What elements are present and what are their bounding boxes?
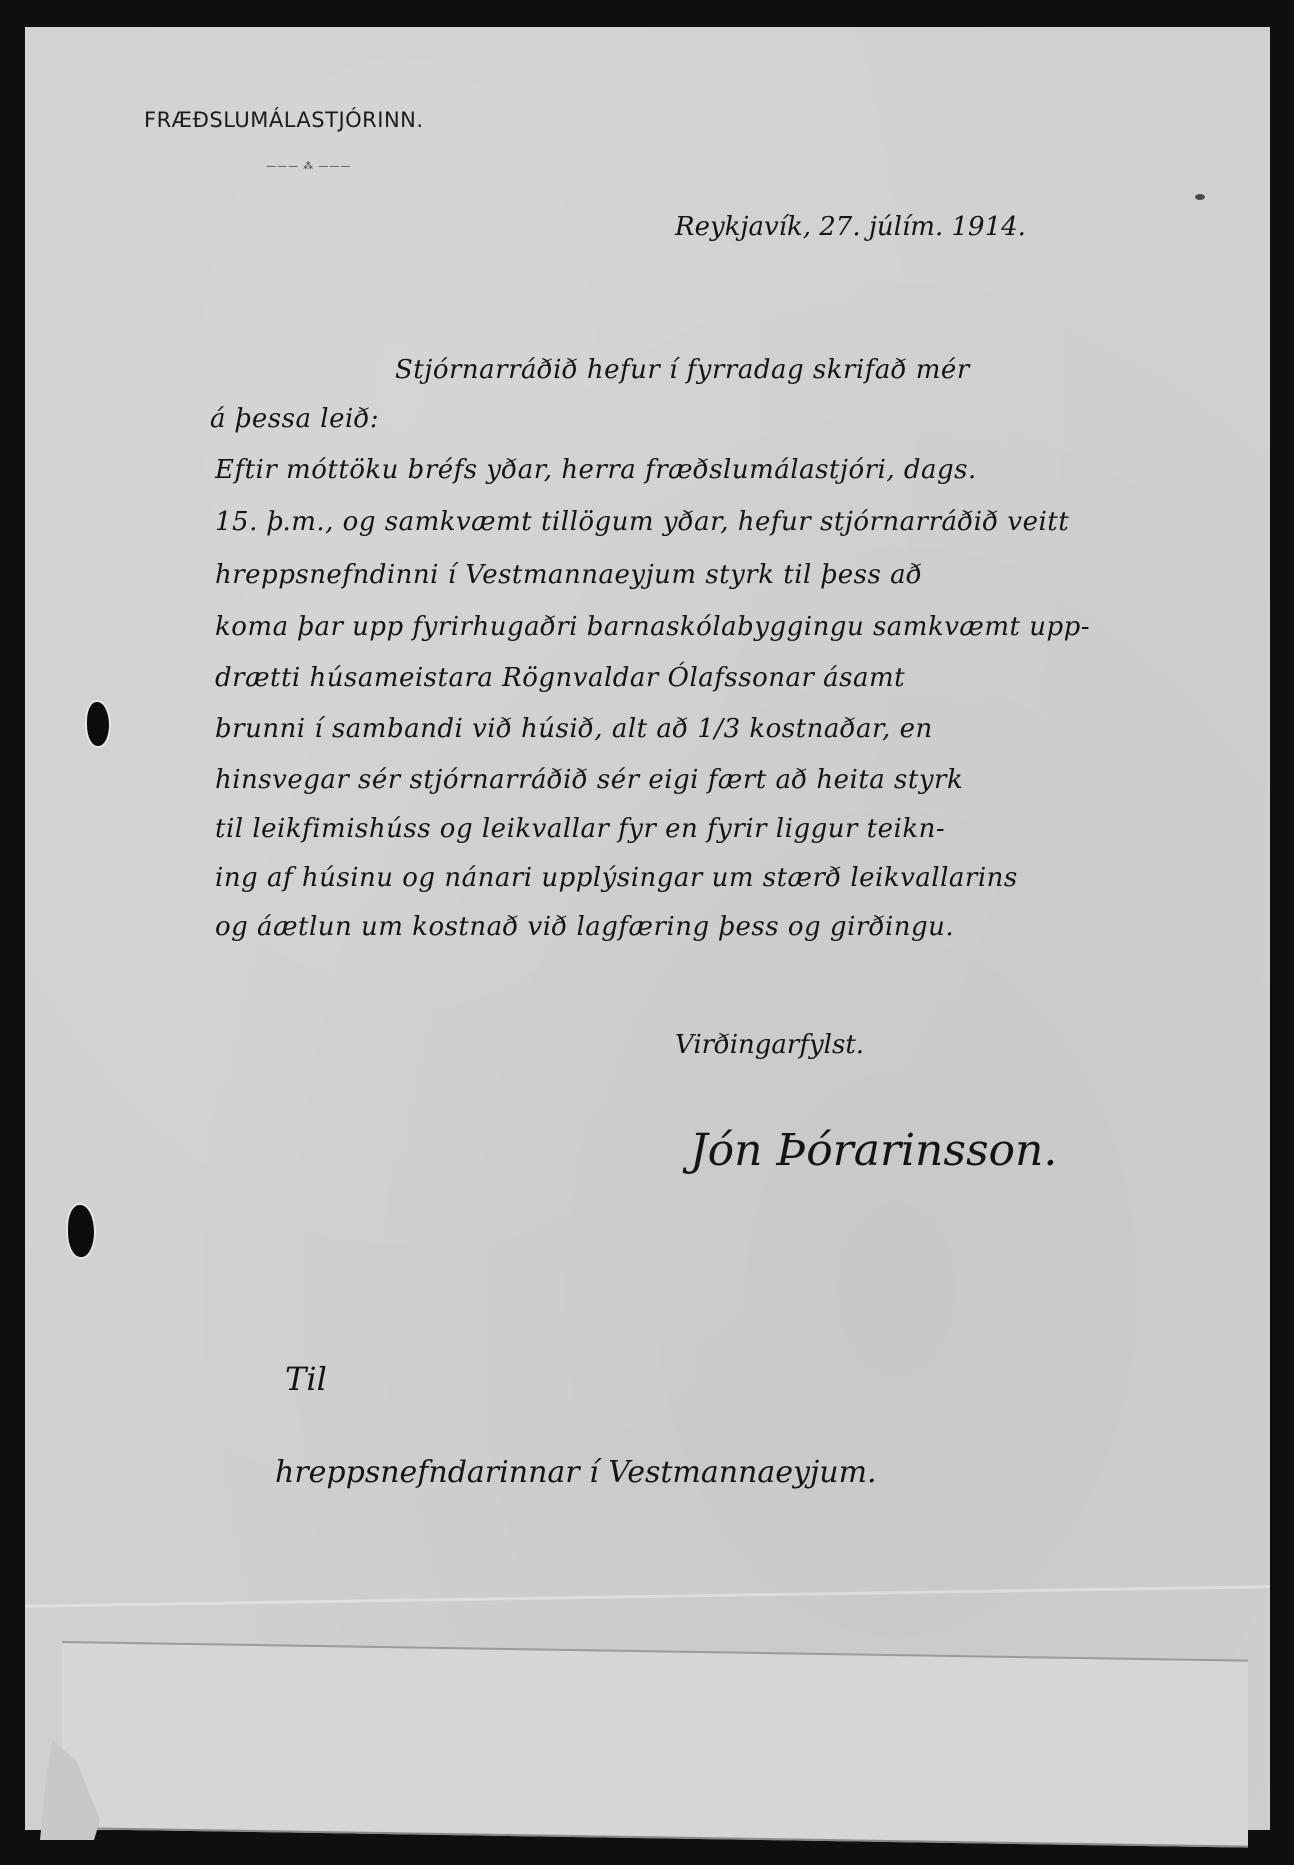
letterhead-title: FRÆÐSLUMÁLASTJÓRINN. <box>144 108 424 132</box>
body-line: á þessa leið: <box>210 404 379 434</box>
punch-hole-icon <box>68 1205 94 1257</box>
body-line: hreppsnefndinni í Vestmannaeyjum styrk t… <box>215 560 922 590</box>
body-line: hinsvegar sér stjórnarráðið sér eigi fær… <box>215 765 963 795</box>
closing-salutation: Virðingarfylst. <box>675 1030 864 1060</box>
date-line: Reykjavík, 27. júlím. 1914. <box>675 212 1026 242</box>
signature: Jón Þórarinsson. <box>690 1125 1057 1176</box>
address-recipient: hreppsnefndarinnar í Vestmannaeyjum. <box>275 1455 877 1490</box>
punch-hole-icon <box>87 702 109 746</box>
body-line: koma þar upp fyrirhugaðri barnaskólabygg… <box>215 612 1090 642</box>
body-line: Stjórnarráðið hefur í fyrradag skrifað m… <box>395 355 970 385</box>
body-line: til leikfimishúss og leikvallar fyr en f… <box>215 814 945 844</box>
letterhead-ornament: ——— ⁂ ——— <box>266 161 351 172</box>
address-to: Til <box>285 1360 327 1398</box>
body-line: ing af húsinu og nánari upplýsingar um s… <box>215 863 1018 893</box>
folded-bottom-strip <box>62 1641 1248 1848</box>
ink-spot <box>1195 194 1205 200</box>
body-line: drætti húsameistara Rögnvaldar Ólafssona… <box>215 663 905 693</box>
body-line: 15. þ.m., og samkvæmt tillögum yðar, hef… <box>215 507 1069 537</box>
body-line: Eftir móttöku bréfs yðar, herra fræðslum… <box>215 455 977 485</box>
body-line: og áætlun um kostnað við lagfæring þess … <box>215 912 954 942</box>
body-line: brunni í sambandi við húsið, alt að 1/3 … <box>215 714 933 744</box>
